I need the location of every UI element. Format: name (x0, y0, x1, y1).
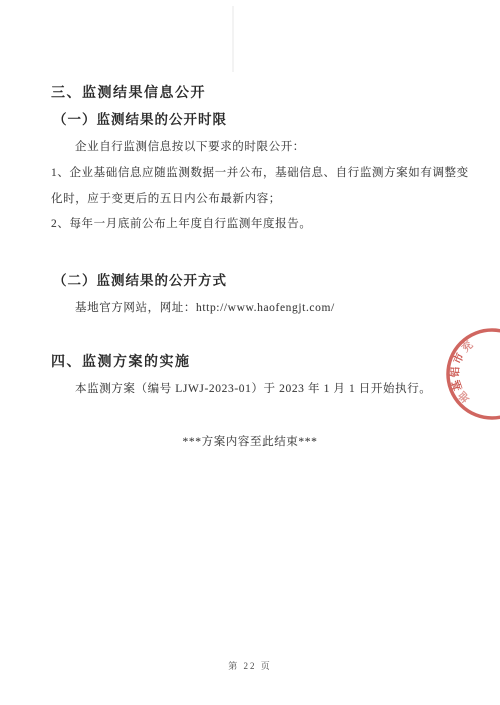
red-circular-seal: 兖 市 铝 基 地 (446, 324, 500, 428)
scan-fold-artifact (232, 6, 234, 72)
paragraph-website-url: 基地官方网站，网址：http://www.haofengjt.com/ (75, 299, 335, 315)
heading-sub-two-method: （二）监测结果的公开方式 (53, 269, 227, 289)
paragraph-implementation: 本监测方案（编号 LJWJ-2023-01）于 2023 年 1 月 1 日开始… (75, 380, 431, 396)
page-number-footer: 第 22 页 (0, 659, 500, 672)
heading-sub-one-time-limit: （一）监测结果的公开时限 (53, 108, 227, 128)
seal-char: 铝 (448, 366, 462, 379)
paragraph-item1-line2: 化时，应于变更后的五日内公布最新内容； (51, 190, 281, 206)
heading-section-four: 四、监测方案的实施 (51, 351, 191, 371)
heading-section-three: 三、监测结果信息公开 (51, 82, 206, 102)
document-page: 三、监测结果信息公开 （一）监测结果的公开时限 企业自行监测信息按以下要求的时限… (0, 0, 500, 705)
end-of-content-marker: ***方案内容至此结束*** (0, 433, 500, 449)
paragraph-item1-line1: 1、企业基础信息应随监测数据一并公布，基础信息、自行监测方案如有调整变 (51, 164, 469, 180)
paragraph-item2: 2、每年一月底前公布上年度自行监测年度报告。 (51, 215, 311, 231)
paragraph-intro-time-limit: 企业自行监测信息按以下要求的时限公开： (75, 138, 305, 154)
